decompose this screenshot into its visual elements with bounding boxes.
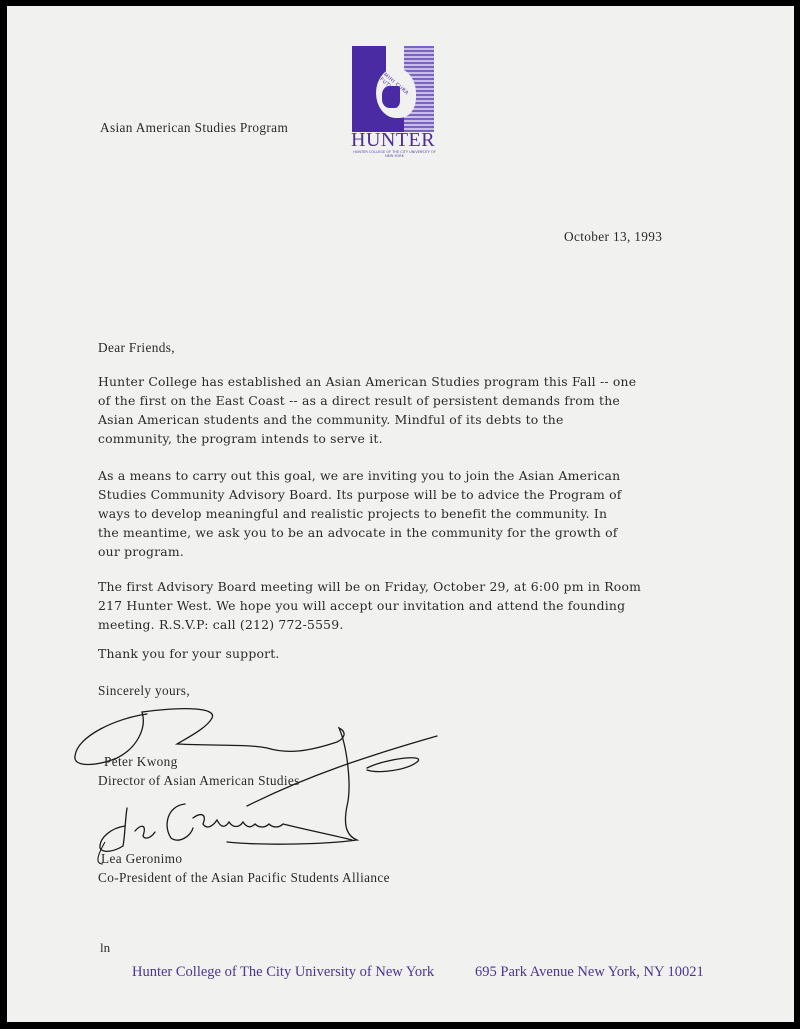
signer-2-name: Lea Geronimo bbox=[101, 851, 182, 867]
hunter-college-logo: MIHI CURA FUTURI HUNTER HUNTER COLLEGE O… bbox=[352, 46, 437, 158]
paragraph-line: the meantime, we ask you to be an advoca… bbox=[98, 523, 718, 542]
signer-2-title: Co-President of the Asian Pacific Studen… bbox=[98, 870, 390, 886]
letter-page: Asian American Studies Program MIHI CURA… bbox=[7, 6, 794, 1022]
paragraph-1: Hunter College has established an Asian … bbox=[98, 372, 718, 448]
closing: Sincerely yours, bbox=[98, 683, 190, 699]
paragraph-line: of the first on the East Coast -- as a d… bbox=[98, 391, 718, 410]
logo-subtext: HUNTER COLLEGE OF THE CITY UNIVERSITY OF… bbox=[352, 150, 437, 158]
typist-initials: ln bbox=[100, 940, 110, 956]
paragraph-line: Asian American students and the communit… bbox=[98, 410, 718, 429]
paragraph-line: As a means to carry out this goal, we ar… bbox=[98, 466, 718, 485]
paragraph-line: meeting. R.S.V.P: call (212) 772-5559. bbox=[98, 615, 718, 634]
paragraph-2: As a means to carry out this goal, we ar… bbox=[98, 466, 718, 561]
paragraph-3: The first Advisory Board meeting will be… bbox=[98, 577, 718, 634]
salutation: Dear Friends, bbox=[98, 340, 175, 356]
thanks-line: Thank you for your support. bbox=[98, 646, 280, 661]
paragraph-line: our program. bbox=[98, 542, 718, 561]
paragraph-line: ways to develop meaningful and realistic… bbox=[98, 504, 718, 523]
paragraph-line: The first Advisory Board meeting will be… bbox=[98, 577, 718, 596]
signer-1-name: Peter Kwong bbox=[104, 754, 178, 770]
signer-1-title: Director of Asian American Studies bbox=[98, 773, 300, 789]
footer-institution: Hunter College of The City University of… bbox=[132, 964, 434, 981]
paragraph-line: Studies Community Advisory Board. Its pu… bbox=[98, 485, 718, 504]
paragraph-line: community, the program intends to serve … bbox=[98, 429, 718, 448]
letter-date: October 13, 1993 bbox=[564, 229, 662, 245]
footer-address: 695 Park Avenue New York, NY 10021 bbox=[475, 964, 704, 981]
program-name: Asian American Studies Program bbox=[100, 120, 288, 136]
paragraph-line: Hunter College has established an Asian … bbox=[98, 372, 718, 391]
logo-wordmark: HUNTER bbox=[351, 130, 435, 150]
paragraph-line: 217 Hunter West. We hope you will accept… bbox=[98, 596, 718, 615]
